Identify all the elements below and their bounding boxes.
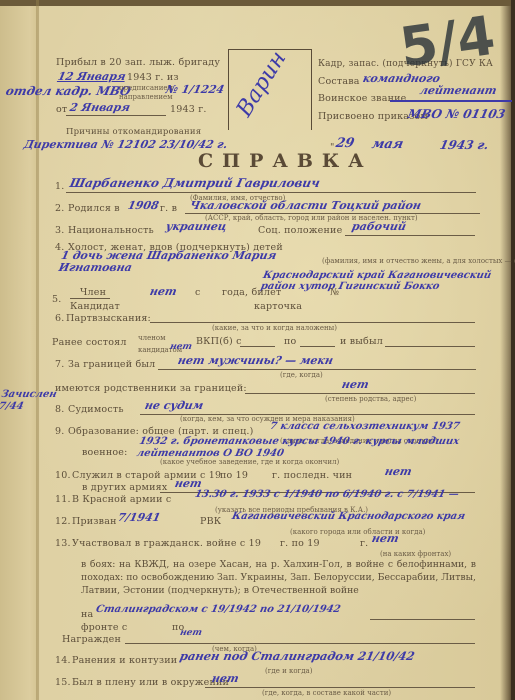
front-label-2: фронте с <box>81 622 127 633</box>
field-5-label2: с <box>195 287 201 298</box>
captivity-value: нет <box>211 672 240 685</box>
general-education: 7 класса сельхозтехникум 1937 <box>269 421 461 432</box>
pencil-resolution: 5/4 <box>396 4 499 80</box>
relatives-line <box>245 393 475 394</box>
red-army-service: 13.30 г. 1933 с 1/1940 по 6/1940 г. с 7/… <box>194 489 460 500</box>
field-1-line <box>66 192 476 193</box>
earlier-value: нет <box>169 342 193 352</box>
field-14-label: Ранения и контузии <box>72 655 177 666</box>
military-education: 1932 г. бронетанковые курсы 1940 г. курс… <box>135 436 480 460</box>
field-2-label: Родился в <box>68 203 120 214</box>
date-year: 1943 г. <box>439 138 490 152</box>
margin-note: Зачислен 7/44 <box>0 389 33 413</box>
awards-line <box>125 643 475 644</box>
field-4-caption: (фамилия, имя и отчество жены, а для хол… <box>322 257 515 265</box>
earlier-label4: и выбыл <box>340 336 383 347</box>
birth-place: Чкаловской области Тоцкий район <box>189 199 423 212</box>
earlier-line-2 <box>300 346 335 347</box>
field-7-num: 7. <box>55 359 64 370</box>
field-8-label: Судимость <box>68 404 124 415</box>
paper-top-edge <box>0 0 515 6</box>
field-2-num: 2. <box>55 203 64 214</box>
field-14-caption: (где и когда) <box>265 667 312 675</box>
earlier-label2: ВКП(б) с <box>196 336 242 347</box>
field-15-line <box>205 687 475 688</box>
combat-paragraph: в боях: на КВЖД, на озере Хасан, на р. Х… <box>81 558 476 597</box>
field-5-label-top: Член <box>80 287 106 298</box>
social-status: рабочий <box>351 220 408 233</box>
date-day: 29 <box>334 136 355 151</box>
field-7-line <box>158 369 476 370</box>
field-3-label2: Соц. положение <box>258 225 342 236</box>
field-15-caption: (где, когда, в составе какой части) <box>262 689 391 697</box>
family-address: Краснодарский край Кагановичевский район… <box>260 270 495 292</box>
conviction-value: не судим <box>144 399 205 412</box>
field-6-num: 6. <box>55 313 64 324</box>
field-1-num: 1. <box>55 181 64 192</box>
front-label: на <box>81 609 93 620</box>
field-7-label: За границей был <box>68 359 155 370</box>
military-education-caption: (какое учебное заведение, где и когда ок… <box>160 458 339 466</box>
rank-label: Воинское звание <box>318 93 406 104</box>
field-5-label3b: карточка <box>254 301 302 312</box>
paper-fold <box>36 0 39 700</box>
rank-strike <box>390 100 512 102</box>
paper-right-edge <box>511 0 515 700</box>
nationality: украинец <box>165 220 228 233</box>
field-12-caption: (какого города или области и когда) <box>290 528 425 536</box>
civil-war-value: нет <box>371 532 400 545</box>
year-print-2: 1943 г. <box>170 104 207 115</box>
other-armies-label: в других армиях <box>82 482 167 493</box>
assigned-value: МВО № 01103 <box>407 107 507 121</box>
field-13-num: 13. <box>55 538 71 549</box>
field-9-num: 9. <box>55 426 64 437</box>
earlier-line-3 <box>385 346 475 347</box>
reasons-label: Причины откомандирования <box>66 127 201 137</box>
field-10-num: 10. <box>55 470 71 481</box>
earlier-label: Ранее состоял <box>52 337 127 348</box>
field-2-label2: г. в <box>160 203 177 214</box>
field-5-label3: года, билет <box>222 287 281 298</box>
awards-label: Награжден <box>62 634 121 645</box>
field-11-num: 11. <box>55 494 71 505</box>
year-print-1: 1943 г. из <box>127 72 179 83</box>
full-name: Шарбаненко Дмитрий Гаврилович <box>69 176 322 190</box>
field-6-label: Партвзыскания: <box>66 313 151 324</box>
field-3-label: Национальность <box>68 225 154 236</box>
field-12-label: Призван <box>72 516 117 527</box>
relatives-value: нет <box>341 378 370 391</box>
field-14-num: 14. <box>55 655 71 666</box>
sostav-label: Состава <box>318 76 360 87</box>
arrived-date: 12 Января <box>57 70 127 83</box>
field-3-line <box>345 235 475 236</box>
birth-year: 1908 <box>127 199 160 212</box>
field-5-divider <box>70 298 110 299</box>
field-8-num: 8. <box>55 404 64 415</box>
field-15-num: 15. <box>55 677 71 688</box>
relatives-caption: (степень родства, адрес) <box>325 395 416 403</box>
wounds-value: ранен под Сталинградом 21/10/42 <box>179 649 417 663</box>
awards-value: нет <box>179 628 203 638</box>
order-number: № 1/1224 <box>165 83 226 96</box>
earlier-label-top: членом <box>138 334 166 342</box>
field-10-label3: г. последн. чин <box>272 470 352 481</box>
front-line <box>370 619 475 620</box>
relatives-label: имеются родственники за границей: <box>55 383 247 394</box>
military-education-label: военное: <box>82 447 128 458</box>
arrived-label: Прибыл в 20 зап. лыж. бригаду <box>56 57 220 68</box>
party-membership: нет <box>149 285 178 298</box>
from-label: от <box>56 104 67 115</box>
old-army-value: нет <box>384 465 413 478</box>
from-date: 2 Января <box>69 101 132 114</box>
field-5-label4: № <box>330 287 339 298</box>
earlier-line-1 <box>240 346 275 347</box>
field-7-caption: (где, когда) <box>280 371 323 379</box>
field-13-label2: г. по 19 <box>280 538 320 549</box>
field-13-label3: г. <box>360 538 368 549</box>
draft-office: Кагановичевский Краснодарского края <box>231 511 466 522</box>
field-10-label2: по 19 <box>220 470 248 481</box>
drafted-date: 7/1941 <box>117 511 162 524</box>
field-5-label-bottom: Кандидат <box>70 301 120 312</box>
from-unit: отдел кадр. МВО <box>5 84 132 98</box>
earlier-label3: по <box>284 336 296 347</box>
field-3-num: 3. <box>55 225 64 236</box>
field-6-line <box>150 322 475 323</box>
field-12-label2: РВК <box>200 516 221 527</box>
field-11-label: В Красной армии с <box>72 494 171 505</box>
front-service: Сталинградском с 19/1942 по 21/10/1942 <box>95 604 342 615</box>
date-month: мая <box>370 137 404 152</box>
field-12-num: 12. <box>55 516 71 527</box>
rank-value: лейтенант <box>419 84 498 97</box>
field-5-num: 5. <box>52 294 61 305</box>
field-13-caption: (на каких фронтах) <box>380 550 451 558</box>
abroad-value: нет мужчины? — мекн <box>177 354 335 367</box>
field-6-caption: (какие, за что и когда наложены) <box>212 324 337 332</box>
page-title: СПРАВКА <box>198 150 373 172</box>
field-13-label: Участвовал в гражданск. войне с 19 <box>72 538 261 549</box>
from-date-line <box>66 115 166 116</box>
